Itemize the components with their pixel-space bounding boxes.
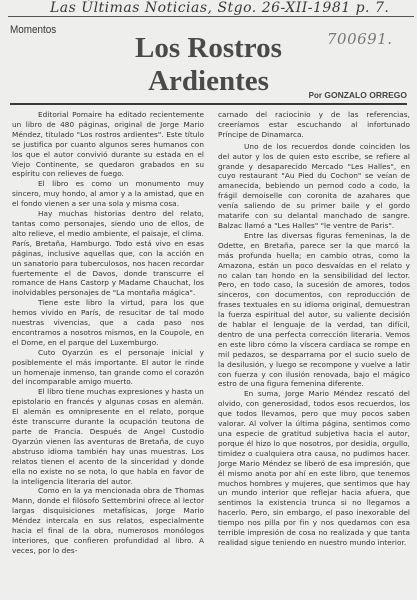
paragraph: Uno de los recuerdos donde coinciden los… [218, 142, 410, 231]
paragraph: El libro es como un monumento muy sincer… [12, 179, 204, 209]
paragraph: Hay muchas historias dentro del relato, … [12, 209, 204, 298]
paragraph-continuation: carnado del raciocinio y de las referenc… [218, 110, 410, 140]
article-column-right: carnado del raciocinio y de las referenc… [218, 110, 410, 600]
article-body: Editorial Pomaire ha editado recientemen… [12, 110, 410, 600]
byline: Por GONZALO ORREGO [309, 90, 407, 100]
byline-prefix: Por [309, 91, 322, 100]
byline-author: GONZALO ORREGO [324, 90, 407, 100]
article-column-left: Editorial Pomaire ha editado recientemen… [12, 110, 204, 600]
headline-line-1: Los Rostros [0, 32, 417, 65]
paragraph: Editorial Pomaire ha editado recientemen… [12, 110, 204, 179]
headline-rule [10, 103, 407, 105]
paragraph: Tiene este libro la virtud, para los que… [12, 298, 204, 348]
paragraph: El libro tiene muchas expresiones y hast… [12, 387, 204, 486]
paragraph: Cuto Oyarzún es el personaje inicial y p… [12, 348, 204, 388]
paragraph: Como en la ya mencionada obra de Thomas … [12, 486, 204, 555]
handwritten-source-note: Las Últimas Noticias, Stgo. 26-XII-1981 … [50, 0, 389, 16]
handwritten-underline [8, 16, 414, 17]
headline: Los Rostros Ardientes [0, 32, 417, 98]
paragraph: Entre las diversas figuras femeninas, la… [218, 231, 410, 390]
paragraph: En suma, Jorge Mario Méndez rescató del … [218, 389, 410, 548]
